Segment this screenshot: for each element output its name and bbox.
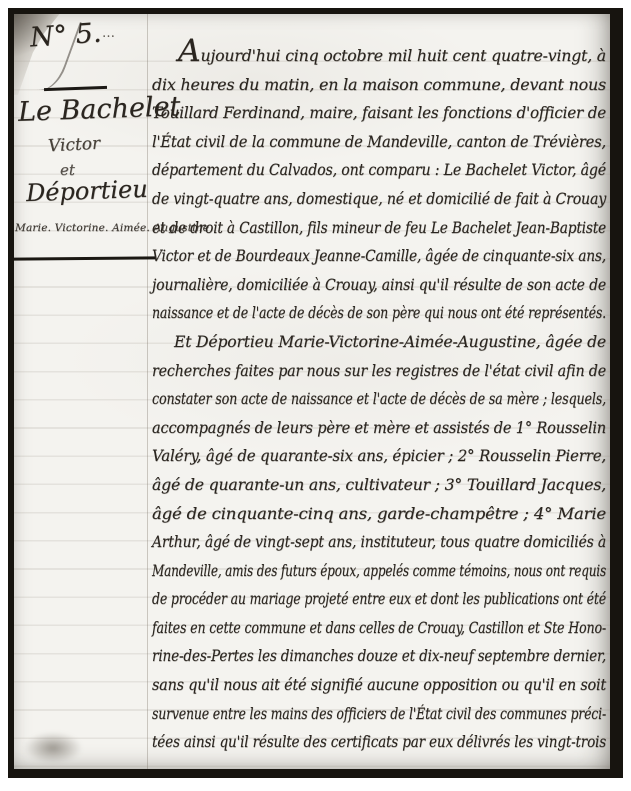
text-line: faites en cette commune et dans celles d… (152, 614, 606, 643)
margin-conjunction: et (60, 161, 75, 179)
text-line: Mandeville, amis des futurs époux, appel… (152, 557, 606, 586)
register-page: N° 5. … Le Bachelet Victor et Déportieu … (14, 14, 610, 769)
ink-smudge (14, 727, 92, 769)
act-number: N° 5. (29, 18, 102, 54)
text-line: journalière, domiciliée à Crouay, ainsi … (152, 271, 606, 300)
text-line: âgé de quarante-un ans, cultivateur ; 3°… (152, 471, 606, 500)
text-line: Aujourd'hui cinq octobre mil huit cent q… (152, 42, 606, 71)
text-line: Et Déportieu Marie-Victorine-Aimée-Augus… (152, 328, 606, 357)
text-line: constater son acte de naissance et l'act… (152, 385, 606, 414)
bride-surname: Déportieu (26, 175, 149, 207)
text-line: l'État civil de la commune de Mandeville… (152, 128, 606, 157)
text-line: Touillard Ferdinand, maire, faisant les … (152, 99, 606, 128)
text-line: sans qu'il nous ait été signifié aucune … (152, 671, 606, 700)
text-line: accompagnés de leurs père et mère et ass… (152, 414, 606, 443)
text-line: survenue entre les mains des officiers d… (152, 700, 606, 729)
scan-photo-frame: N° 5. … Le Bachelet Victor et Déportieu … (8, 8, 623, 778)
text-line: naissance et de l'acte de décès de son p… (152, 299, 606, 328)
margin-column-rule (147, 14, 148, 769)
text-line: Valéry, âgé de quarante-six ans, épicier… (152, 442, 606, 471)
margin-divider-bottom (14, 256, 156, 260)
text-line: département du Calvados, ont comparu : L… (152, 156, 606, 185)
text-line: recherches faites par nous sur les regis… (152, 357, 606, 386)
text-line: rine-des-Pertes les dimanches douze et d… (152, 642, 606, 671)
flourished-initial: A (178, 33, 201, 69)
text-line: Arthur, âgé de vingt-sept ans, institute… (152, 528, 606, 557)
act-body-text: Aujourd'hui cinq octobre mil huit cent q… (152, 42, 606, 757)
groom-given-name: Victor (48, 134, 101, 157)
text-line: tées ainsi qu'il résulte des certificats… (152, 728, 606, 757)
ditto-marks: … (102, 26, 117, 41)
margin-divider-top (44, 86, 107, 91)
text-line: de vingt-quatre ans, domestique, né et d… (152, 185, 606, 214)
text-line: dix heures du matin, en la maison commun… (152, 71, 606, 100)
text-line: Victor et de Bourdeaux Jeanne-Camille, â… (152, 242, 606, 271)
text-line: âgé de cinquante-cinq ans, garde-champêt… (152, 500, 606, 529)
text-line: de procéder au mariage projeté entre eux… (152, 585, 606, 614)
text-line: et de droit à Castillon, fils mineur de … (152, 214, 606, 243)
